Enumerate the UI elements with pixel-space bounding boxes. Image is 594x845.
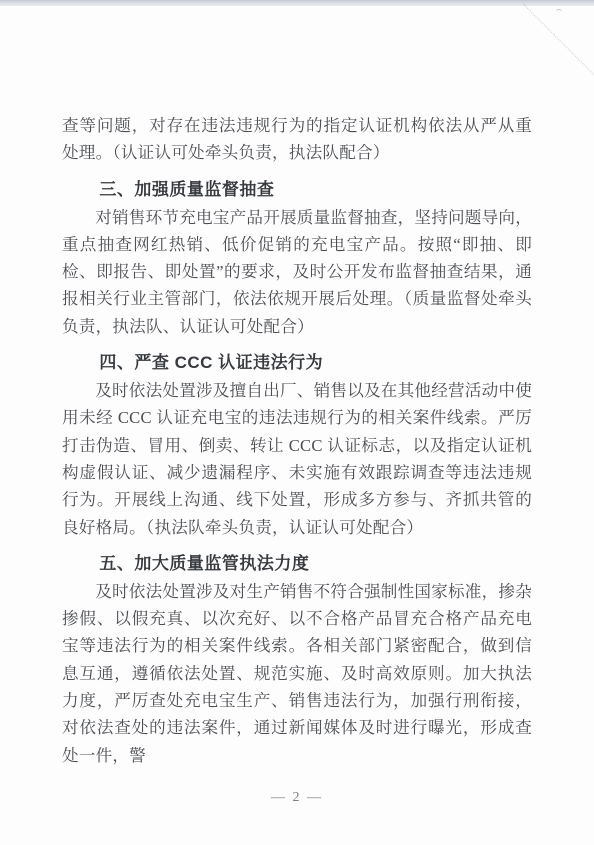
fold-crease-mark (523, 4, 594, 75)
document-body: 查等问题，对存在违法违规行为的指定认证机构依法从严从重处理。（认证认可处牵头负责… (62, 112, 532, 769)
section-heading-5: 五、加大质量监管执法力度 (62, 551, 532, 576)
document-page: 查等问题，对存在违法违规行为的指定认证机构依法从严从重处理。（认证认可处牵头负责… (0, 0, 594, 845)
scanner-edge-strip (0, 0, 594, 6)
section-heading-4: 四、严查 CCC 认证违法行为 (62, 350, 532, 375)
paragraph-section-4: 及时依法处置涉及擅自出厂、销售以及在其他经营活动中使用未经 CCC 认证充电宝的… (62, 377, 532, 541)
page-number: — 2 — (0, 790, 594, 806)
scan-speck (556, 9, 562, 14)
section-heading-3: 三、加强质量监督抽查 (62, 177, 532, 202)
paragraph-continuation: 查等问题，对存在违法违规行为的指定认证机构依法从严从重处理。（认证认可处牵头负责… (62, 112, 532, 167)
paragraph-section-3: 对销售环节充电宝产品开展质量监督抽查，坚持问题导向，重点抽查网红热销、低价促销的… (62, 204, 532, 340)
paragraph-section-5: 及时依法处置涉及对生产销售不符合强制性国家标准，掺杂掺假、以假充真、以次充好、以… (62, 578, 532, 769)
